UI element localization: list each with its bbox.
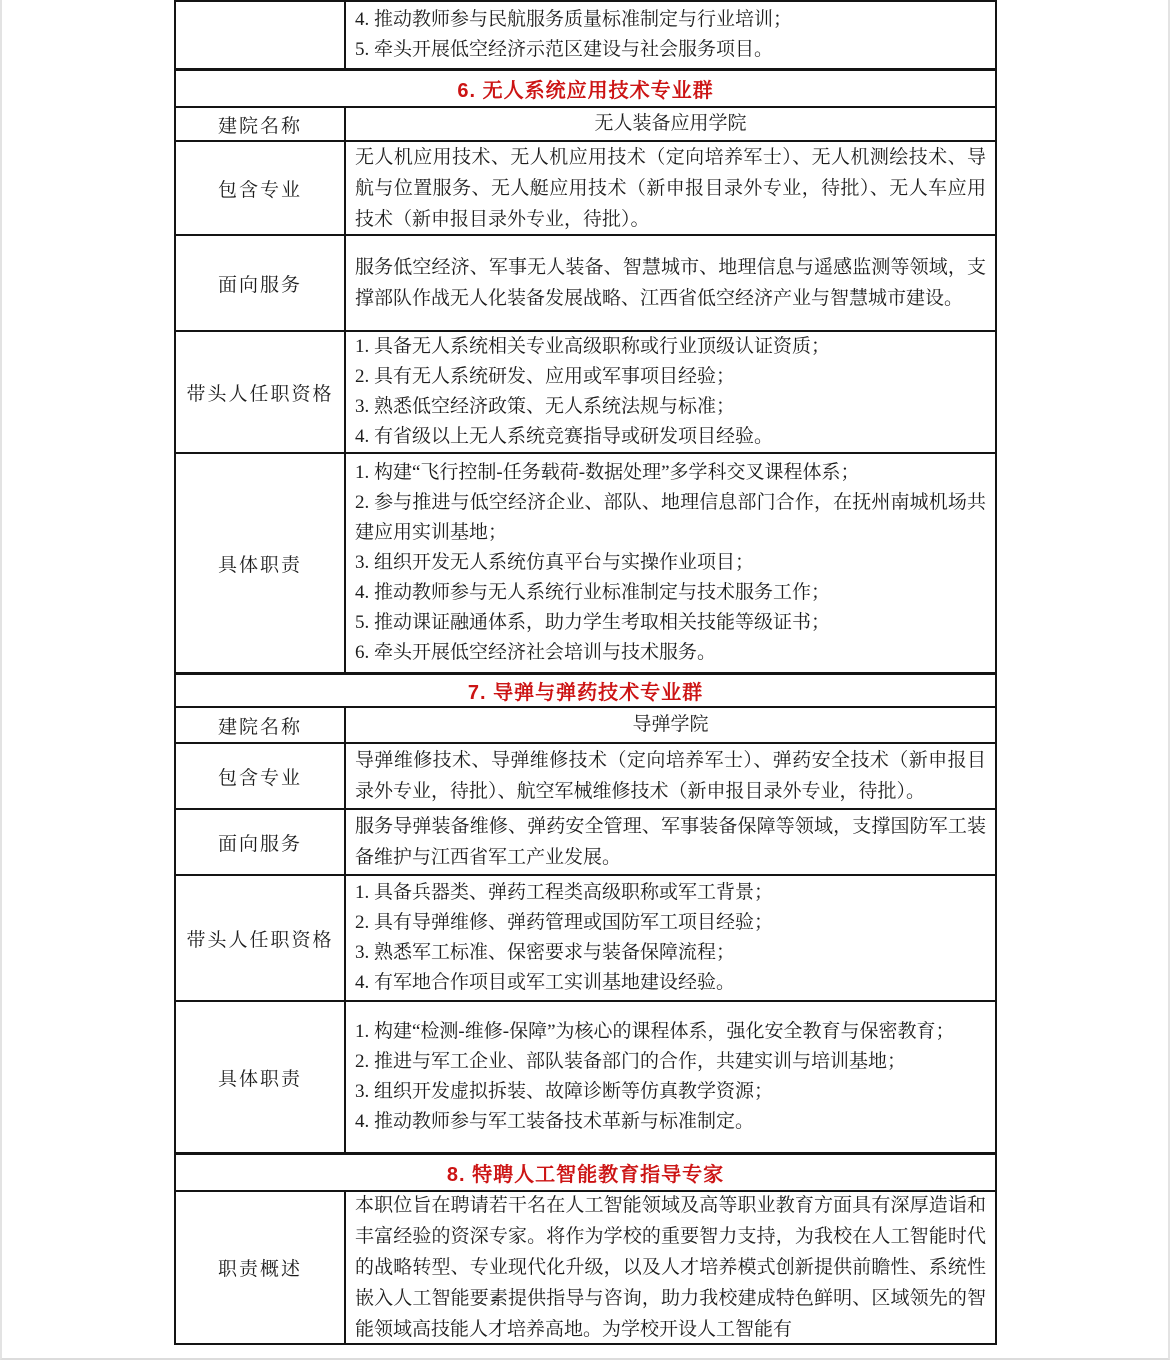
row-content: 无人装备应用学院: [346, 108, 995, 140]
table-row-duties: 具体职责 1. 构建“飞行控制-任务载荷-数据处理”多学科交叉课程体系； 2. …: [176, 452, 995, 672]
majors-text: 导弹维修技术、导弹维修技术（定向培养军士）、弹药安全技术（新申报目录外专业，待批…: [355, 745, 986, 807]
row-label: 职责概述: [176, 1192, 346, 1343]
row-content: 导弹学院: [346, 708, 995, 742]
duty-item: 1. 构建“检测-维修-保障”为核心的课程体系，强化安全教育与保密教育；: [355, 1017, 986, 1047]
row-label: 面向服务: [176, 236, 346, 330]
table-row-leader-qualifications: 带头人任职资格 1. 具备兵器类、弹药工程类高级职称或军工背景； 2. 具有导弹…: [176, 874, 995, 1000]
college-name: 导弹学院: [632, 710, 708, 740]
row-label: 建院名称: [176, 108, 346, 140]
majors-text: 无人机应用技术、无人机应用技术（定向培养军士）、无人机测绘技术、导航与位置服务、…: [355, 142, 986, 234]
table-row-college-name: 建院名称 无人装备应用学院: [176, 106, 995, 140]
duty-item: 4. 推动教师参与民航服务质量标准制定与行业培训；: [355, 5, 986, 35]
row-content: 导弹维修技术、导弹维修技术（定向培养军士）、弹药安全技术（新申报目录外专业，待批…: [346, 744, 995, 808]
row-content: 1. 构建“飞行控制-任务载荷-数据处理”多学科交叉课程体系； 2. 参与推进与…: [346, 454, 995, 672]
row-content: 1. 构建“检测-维修-保障”为核心的课程体系，强化安全教育与保密教育； 2. …: [346, 1002, 995, 1152]
college-name: 无人装备应用学院: [594, 109, 746, 139]
section-title: 7. 导弹与弹药技术专业群: [468, 676, 703, 705]
row-label: 包含专业: [176, 142, 346, 234]
qualification-item: 2. 具有导弹维修、弹药管理或国防军工项目经验；: [355, 908, 986, 938]
qualification-item: 4. 有军地合作项目或军工实训基地建设经验。: [355, 968, 986, 998]
row-label-empty: [176, 2, 346, 68]
qualification-item: 2. 具有无人系统研发、应用或军事项目经验；: [355, 362, 986, 392]
section-title: 8. 特聘人工智能教育指导专家: [447, 1158, 724, 1187]
duty-item: 6. 牵头开展低空经济社会培训与技术服务。: [355, 638, 986, 668]
row-label: 面向服务: [176, 810, 346, 874]
section-header-7: 7. 导弹与弹药技术专业群: [176, 672, 995, 706]
qualification-item: 1. 具备兵器类、弹药工程类高级职称或军工背景；: [355, 878, 986, 908]
section-header-8: 8. 特聘人工智能教育指导专家: [176, 1152, 995, 1190]
table-row-majors: 包含专业 导弹维修技术、导弹维修技术（定向培养军士）、弹药安全技术（新申报目录外…: [176, 742, 995, 808]
qualification-item: 1. 具备无人系统相关专业高级职称或行业顶级认证资质；: [355, 332, 986, 362]
row-label: 包含专业: [176, 744, 346, 808]
table-row-leader-qualifications: 带头人任职资格 1. 具备无人系统相关专业高级职称或行业顶级认证资质； 2. 具…: [176, 330, 995, 452]
duty-item: 5. 牵头开展低空经济示范区建设与社会服务项目。: [355, 35, 986, 65]
row-label: 具体职责: [176, 454, 346, 672]
table-row-duties: 具体职责 1. 构建“检测-维修-保障”为核心的课程体系，强化安全教育与保密教育…: [176, 1000, 995, 1152]
duty-item: 3. 组织开发无人系统仿真平台与实操作业项目；: [355, 548, 986, 578]
table-row-duties-continued: 4. 推动教师参与民航服务质量标准制定与行业培训； 5. 牵头开展低空经济示范区…: [176, 2, 995, 68]
row-content: 服务低空经济、军事无人装备、智慧城市、地理信息与遥感监测等领域，支撑部队作战无人…: [346, 236, 995, 330]
table-row-service-areas: 面向服务 服务导弹装备维修、弹药安全管理、军事装备保障等领域，支撑国防军工装备维…: [176, 808, 995, 874]
table-row-service-areas: 面向服务 服务低空经济、军事无人装备、智慧城市、地理信息与遥感监测等领域，支撑部…: [176, 234, 995, 330]
row-content: 1. 具备无人系统相关专业高级职称或行业顶级认证资质； 2. 具有无人系统研发、…: [346, 332, 995, 452]
table-row-duty-overview: 职责概述 本职位旨在聘请若干名在人工智能领域及高等职业教育方面具有深厚造诣和丰富…: [176, 1190, 995, 1343]
row-content: 本职位旨在聘请若干名在人工智能领域及高等职业教育方面具有深厚造诣和丰富经验的资深…: [346, 1192, 995, 1343]
service-text: 服务导弹装备维修、弹药安全管理、军事装备保障等领域，支撑国防军工装备维护与江西省…: [355, 811, 986, 873]
document-page: 4. 推动教师参与民航服务质量标准制定与行业培训； 5. 牵头开展低空经济示范区…: [0, 0, 1170, 1360]
section-header-6: 6. 无人系统应用技术专业群: [176, 68, 995, 106]
row-label: 带头人任职资格: [176, 332, 346, 452]
row-label: 建院名称: [176, 708, 346, 742]
qualification-item: 3. 熟悉低空经济政策、无人系统法规与标准；: [355, 392, 986, 422]
duty-item: 2. 参与推进与低空经济企业、部队、地理信息部门合作，在抚州南城机场共建应用实训…: [355, 488, 986, 548]
section-title: 6. 无人系统应用技术专业群: [457, 74, 713, 103]
row-content: 无人机应用技术、无人机应用技术（定向培养军士）、无人机测绘技术、导航与位置服务、…: [346, 142, 995, 234]
row-label: 带头人任职资格: [176, 876, 346, 1000]
table-row-majors: 包含专业 无人机应用技术、无人机应用技术（定向培养军士）、无人机测绘技术、导航与…: [176, 140, 995, 234]
qualification-item: 4. 有省级以上无人系统竞赛指导或研发项目经验。: [355, 422, 986, 452]
service-text: 服务低空经济、军事无人装备、智慧城市、地理信息与遥感监测等领域，支撑部队作战无人…: [355, 252, 986, 314]
duty-item: 4. 推动教师参与军工装备技术革新与标准制定。: [355, 1107, 986, 1137]
row-content: 服务导弹装备维修、弹药安全管理、军事装备保障等领域，支撑国防军工装备维护与江西省…: [346, 810, 995, 874]
duty-item: 5. 推动课证融通体系，助力学生考取相关技能等级证书；: [355, 608, 986, 638]
duty-item: 4. 推动教师参与无人系统行业标准制定与技术服务工作；: [355, 578, 986, 608]
duty-item: 3. 组织开发虚拟拆装、故障诊断等仿真教学资源；: [355, 1077, 986, 1107]
overview-text: 本职位旨在聘请若干名在人工智能领域及高等职业教育方面具有深厚造诣和丰富经验的资深…: [355, 1192, 986, 1343]
duty-item: 2. 推进与军工企业、部队装备部门的合作，共建实训与培训基地；: [355, 1047, 986, 1077]
duty-item: 1. 构建“飞行控制-任务载荷-数据处理”多学科交叉课程体系；: [355, 458, 986, 488]
qualification-item: 3. 熟悉军工标准、保密要求与装备保障流程；: [355, 938, 986, 968]
professional-groups-table: 4. 推动教师参与民航服务质量标准制定与行业培训； 5. 牵头开展低空经济示范区…: [174, 0, 997, 1345]
row-label: 具体职责: [176, 1002, 346, 1152]
row-content: 1. 具备兵器类、弹药工程类高级职称或军工背景； 2. 具有导弹维修、弹药管理或…: [346, 876, 995, 1000]
row-content: 4. 推动教师参与民航服务质量标准制定与行业培训； 5. 牵头开展低空经济示范区…: [346, 2, 995, 68]
table-row-college-name: 建院名称 导弹学院: [176, 706, 995, 742]
